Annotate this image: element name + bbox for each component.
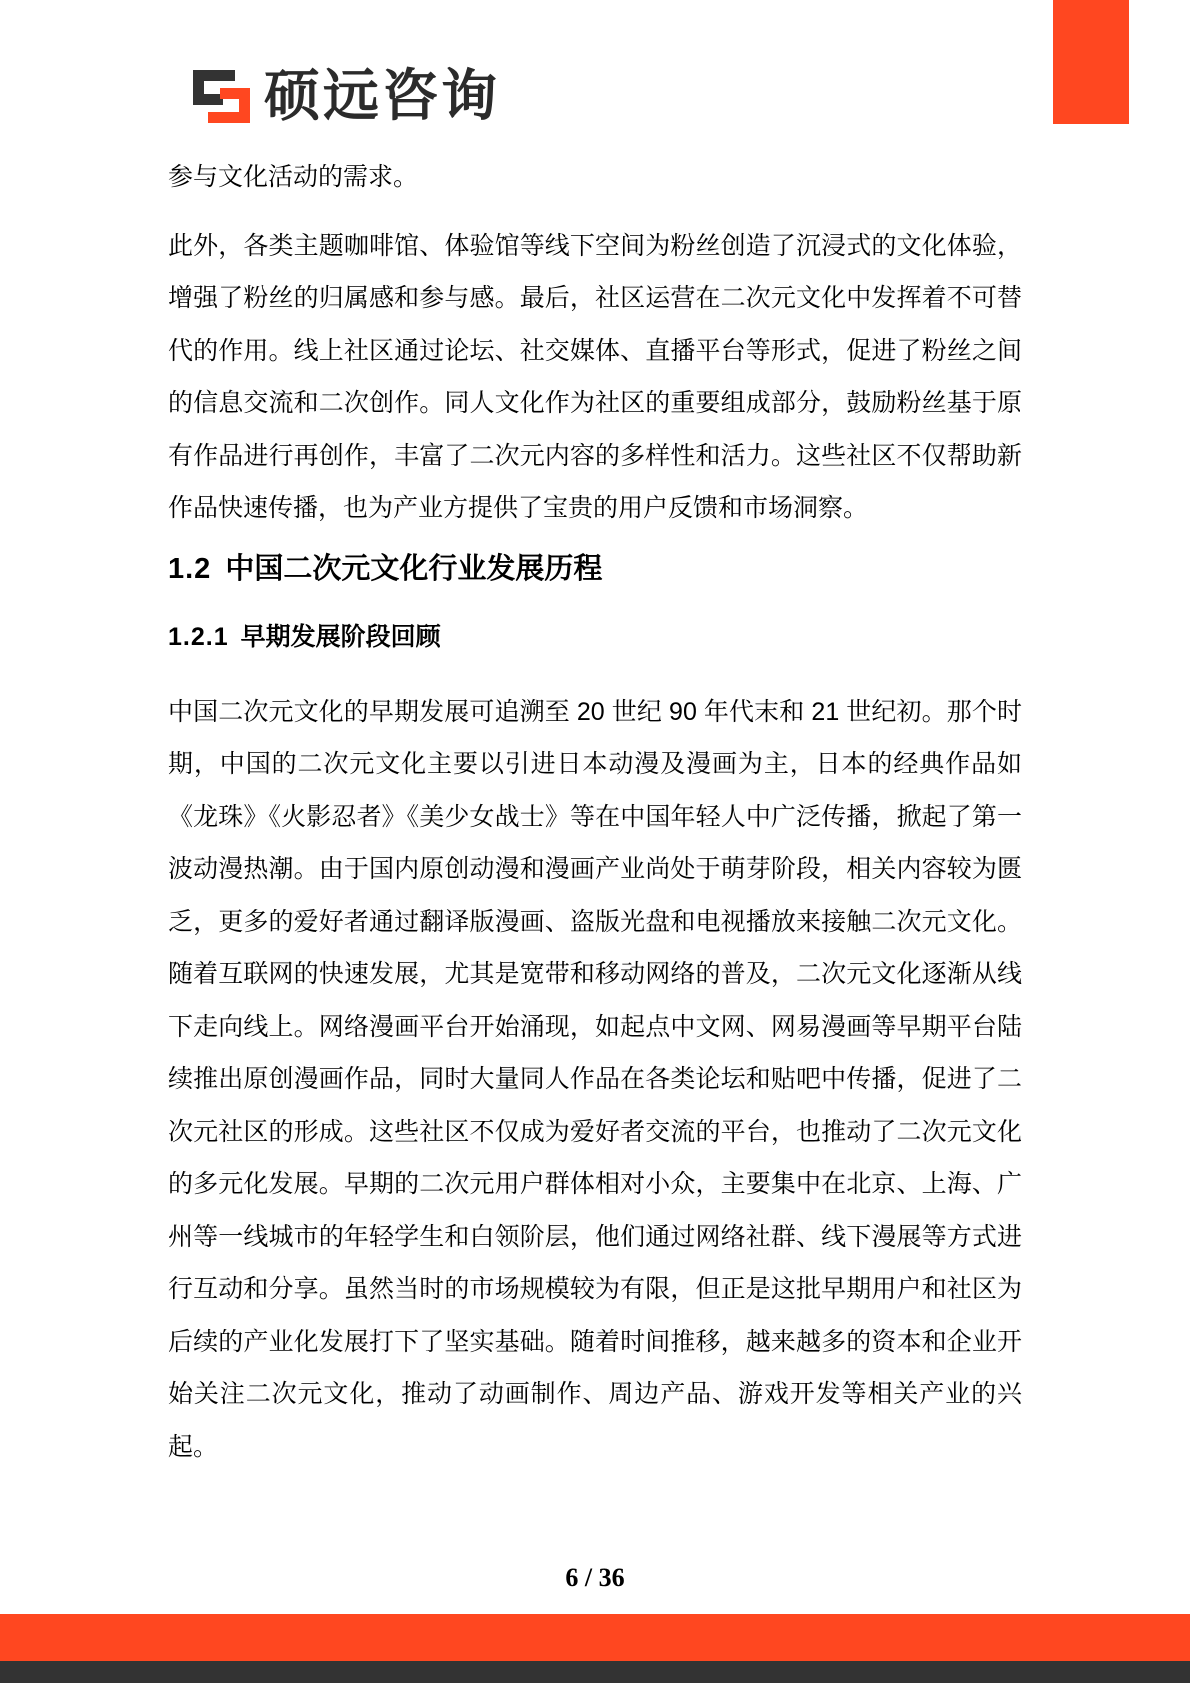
footer-accent-bar xyxy=(0,1614,1190,1661)
subsection-number: 1.2.1 xyxy=(168,623,229,651)
paragraph-history: 中国二次元文化的早期发展可追溯至 20 世纪 90 年代末和 21 世纪初。那个… xyxy=(168,686,1022,1474)
subsection-title: 早期发展阶段回顾 xyxy=(241,623,441,651)
section-number: 1.2 xyxy=(168,553,211,585)
section-title: 中国二次元文化行业发展历程 xyxy=(225,553,602,585)
document-page: 硕远咨询 参与文化活动的需求。 此外，各类主题咖啡馆、体验馆等线下空间为粉丝创造… xyxy=(0,0,1190,1683)
footer-dark-bar xyxy=(0,1661,1190,1683)
section-heading: 1.2中国二次元文化行业发展历程 xyxy=(168,551,1022,587)
logo-mark-icon xyxy=(193,70,250,123)
corner-accent-block xyxy=(1053,0,1129,124)
subsection-heading: 1.2.1早期发展阶段回顾 xyxy=(168,621,1022,653)
brand-name: 硕远咨询 xyxy=(264,68,500,124)
page-number: 6 / 36 xyxy=(0,1563,1190,1593)
page-content: 参与文化活动的需求。 此外，各类主题咖啡馆、体验馆等线下空间为粉丝创造了沉浸式的… xyxy=(168,151,1022,1473)
company-logo: 硕远咨询 xyxy=(193,68,500,124)
paragraph-intro-continuation: 参与文化活动的需求。 xyxy=(168,151,1022,204)
paragraph-community: 此外，各类主题咖啡馆、体验馆等线下空间为粉丝创造了沉浸式的文化体验，增强了粉丝的… xyxy=(168,220,1022,535)
